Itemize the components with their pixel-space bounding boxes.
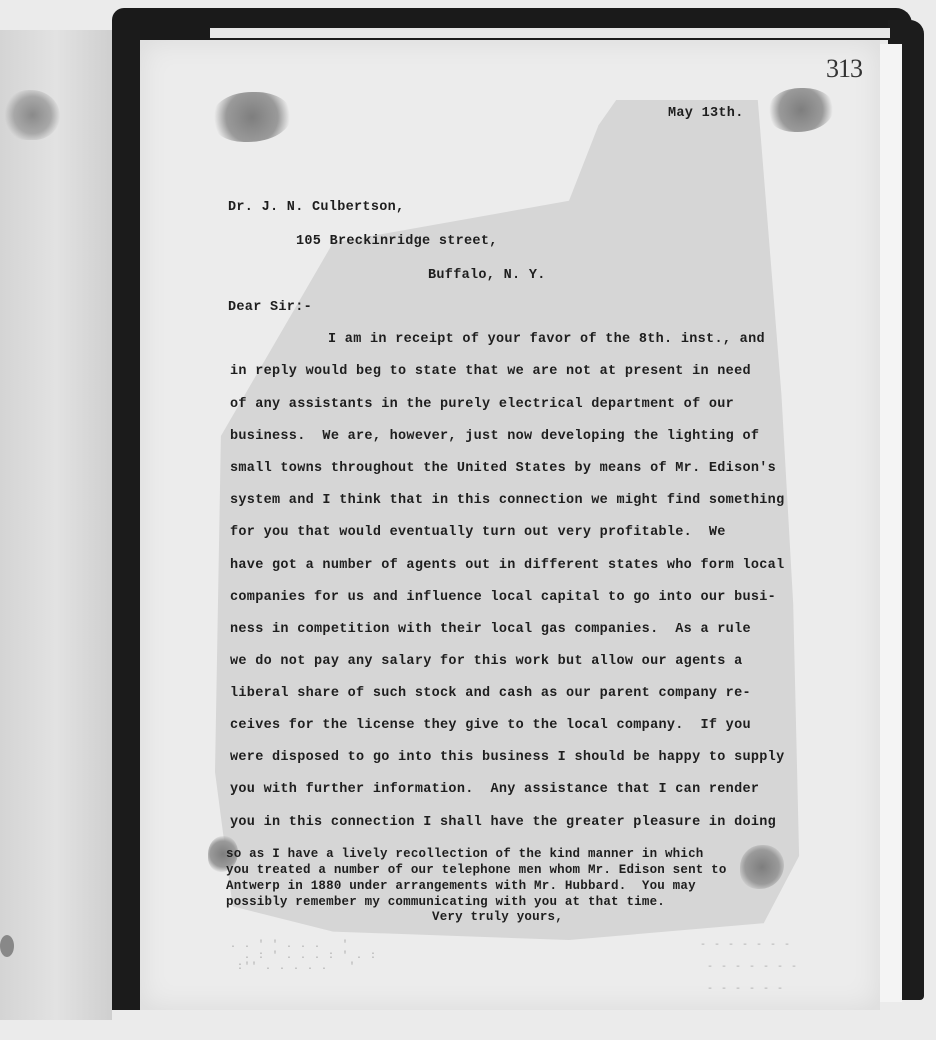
- body-line: you in this connection I shall have the …: [230, 815, 776, 830]
- left-facing-page: [0, 30, 112, 1020]
- body-line: we do not pay any salary for this work b…: [230, 654, 742, 669]
- body-line: ceives for the license they give to the …: [230, 718, 751, 733]
- body-line: business. We are, however, just now deve…: [230, 429, 759, 444]
- recipient-city: Buffalo, N. Y.: [428, 268, 546, 283]
- body-line: so as I have a lively recollection of th…: [226, 847, 703, 861]
- body-line: in reply would beg to state that we are …: [230, 364, 751, 379]
- body-line: possibly remember my communicating with …: [226, 895, 665, 909]
- recipient-street: 105 Breckinridge street,: [296, 234, 498, 249]
- letter-date: May 13th.: [668, 106, 744, 121]
- ink-stain: [0, 935, 14, 957]
- recipient-name: Dr. J. N. Culbertson,: [228, 200, 404, 215]
- body-line: Antwerp in 1880 under arrangements with …: [226, 879, 696, 893]
- book-spine: [112, 30, 140, 1010]
- body-line: you with further information. Any assist…: [230, 782, 759, 797]
- ink-stain: [5, 90, 60, 140]
- bleed-through-marks: . . ' ' . . . ' . : ' . . . : ' . : :'' …: [230, 940, 377, 973]
- body-line: liberal share of such stock and cash as …: [230, 686, 751, 701]
- closing: Very truly yours,: [432, 910, 563, 924]
- body-line: of any assistants in the purely electric…: [230, 397, 734, 412]
- body-line: were disposed to go into this business I…: [230, 750, 785, 765]
- body-line: companies for us and influence local cap…: [230, 590, 776, 605]
- body-line: you treated a number of our telephone me…: [226, 863, 727, 877]
- body-line: system and I think that in this connecti…: [230, 493, 785, 508]
- body-line: small towns throughout the United States…: [230, 461, 776, 476]
- salutation: Dear Sir:-: [228, 300, 312, 315]
- page-edges: [878, 44, 902, 1002]
- body-line: ness in competition with their local gas…: [230, 622, 751, 637]
- body-line: I am in receipt of your favor of the 8th…: [328, 332, 765, 347]
- body-line: have got a number of agents out in diffe…: [230, 558, 785, 573]
- page-number: 313: [826, 54, 862, 84]
- bleed-through-marks: - - - - - - - - - - - - - - - - - - - -: [700, 940, 798, 995]
- page-tab-strip: [210, 28, 890, 38]
- body-line: for you that would eventually turn out v…: [230, 525, 726, 540]
